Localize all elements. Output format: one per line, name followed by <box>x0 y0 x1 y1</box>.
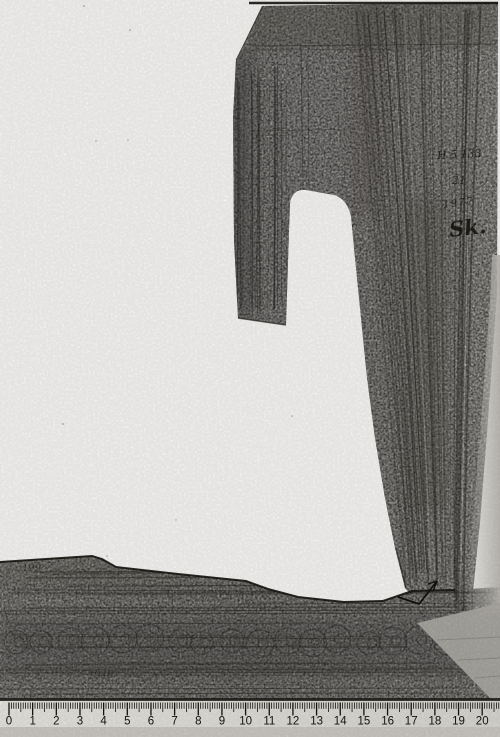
annotation-number: 21 <box>452 175 466 186</box>
scan-noise-overlay <box>0 0 500 737</box>
annotation-monogram: Sk. <box>448 215 487 240</box>
annotation-band-number-top: 199 <box>22 564 41 575</box>
annotation-inventory-number: H 5 133 <box>437 148 482 161</box>
annotation-band-number-bottom: 1948 <box>88 671 114 682</box>
rubbing-artwork: 01234567891011121314151617181920 <box>0 0 500 737</box>
rubbing-scan: 01234567891011121314151617181920 H 5 133… <box>0 0 500 737</box>
